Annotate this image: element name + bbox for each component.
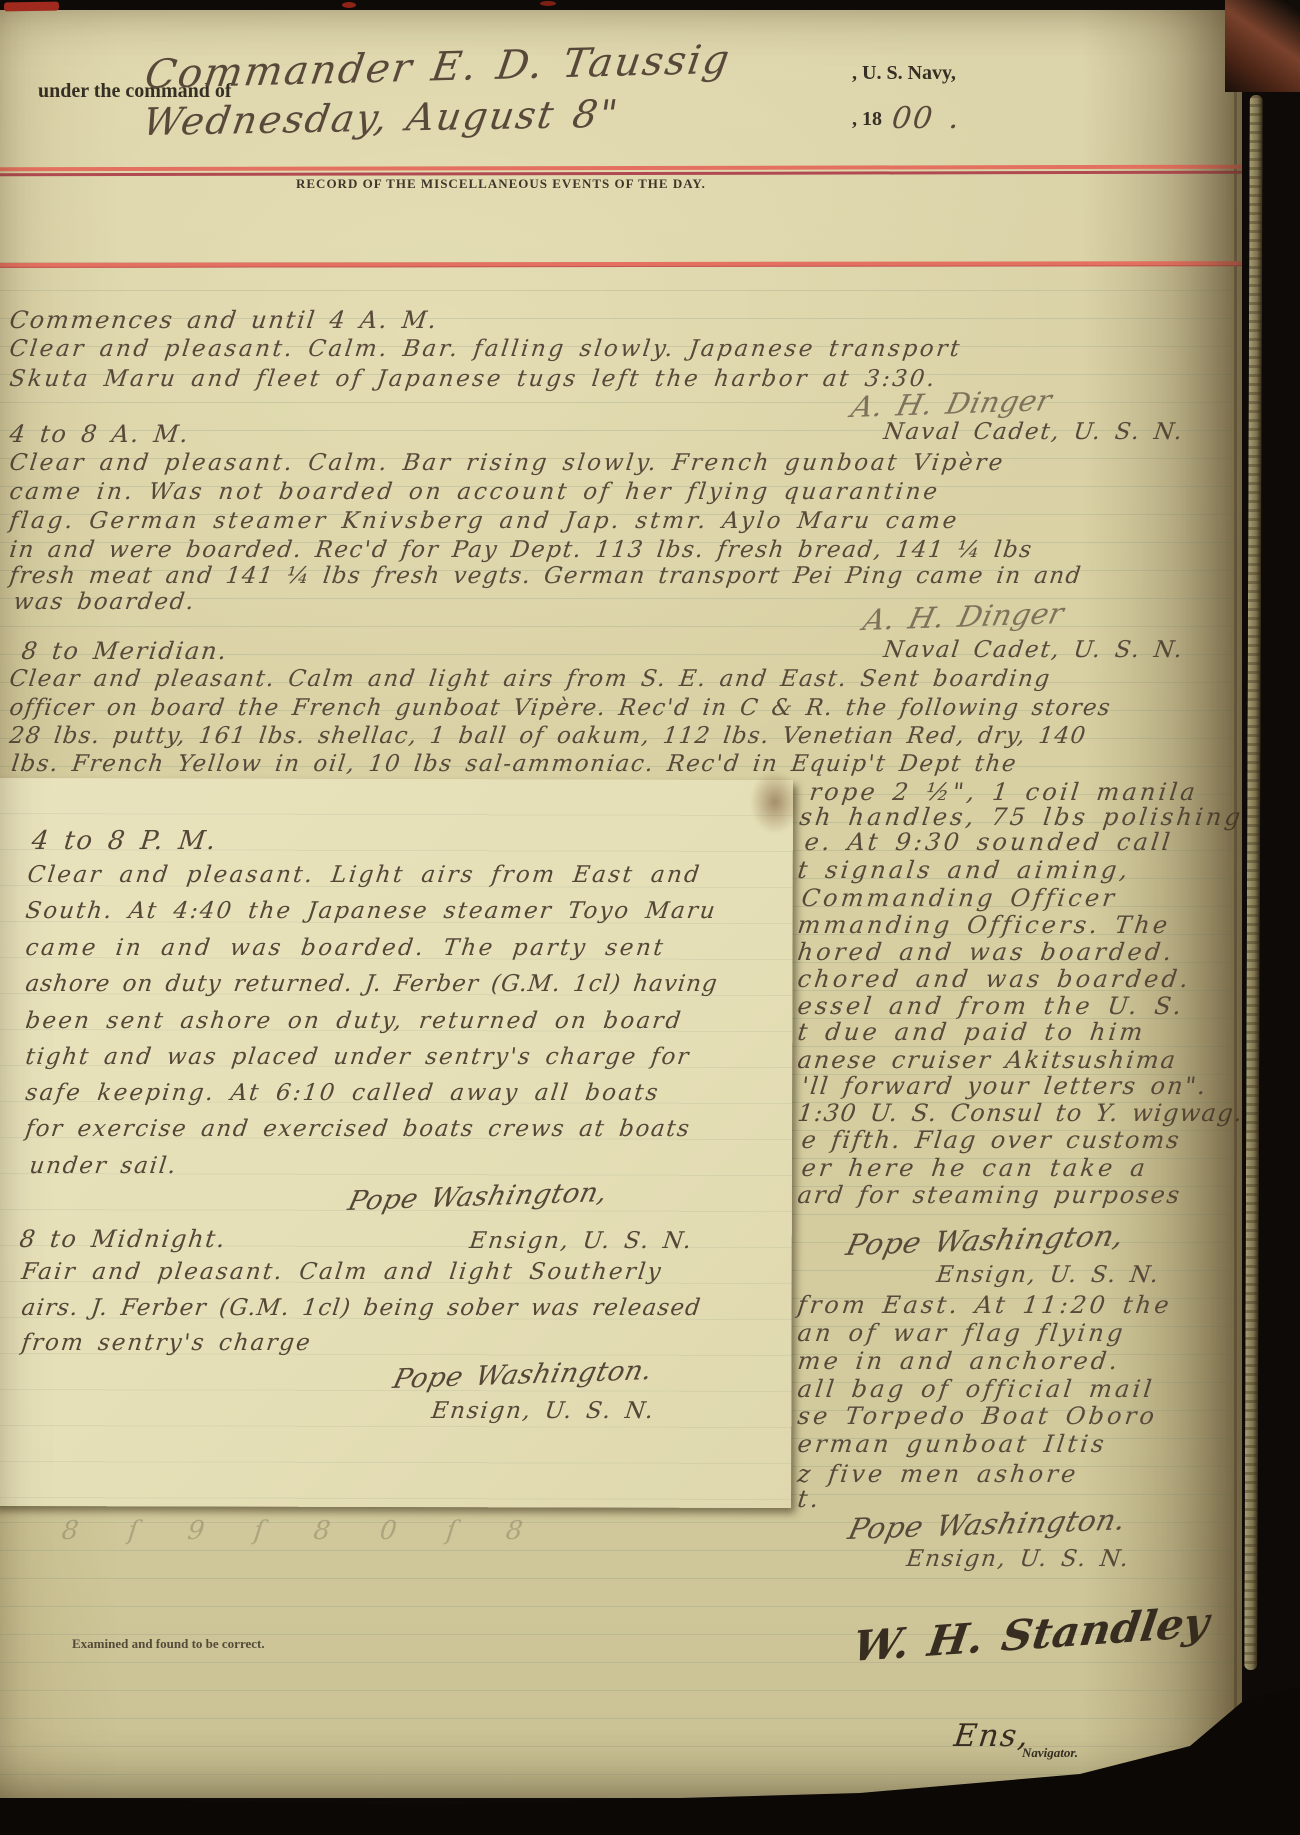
watch-8-mer-signature-title: Ensign, U. S. N.	[935, 1262, 1161, 1288]
covered-line: anese cruiser Akitsushima	[796, 1046, 1179, 1074]
slip-pm-line: for exercise and exercised boats crews a…	[24, 1116, 692, 1142]
covered-line: e fifth. Flag over customs	[800, 1126, 1182, 1154]
watch-night-signature-title: Ensign, U. S. N.	[905, 1546, 1131, 1572]
record-title: RECORD OF THE MISCELLANEOUS EVENTS OF TH…	[296, 176, 706, 192]
printed-navy-suffix: , U. S. Navy,	[852, 62, 956, 85]
red-edge-mark	[342, 2, 356, 8]
watch-4-8-line: flag. German steamer Knivsberg and Jap. …	[8, 508, 961, 534]
watch-8-mer-line: officer on board the French gunboat Vipè…	[8, 695, 1113, 721]
covered-line: ard for steaming purposes	[796, 1181, 1183, 1209]
slip-pm-signature-title: Ensign, U. S. N.	[468, 1228, 694, 1254]
logbook-photo: under the command of Commander E. D. Tau…	[0, 0, 1300, 1835]
bleed-through-marks: 8 ſ 9 ſ 8 0 ſ 8	[60, 1516, 526, 1546]
book-cover-corner	[1225, 0, 1300, 92]
watch-4-8-line: came in. Was not boarded on account of h…	[8, 479, 941, 505]
covered-line: 1:30 U. S. Consul to Y. wigwag.	[796, 1099, 1245, 1127]
slip-pm-line: been sent ashore on duty, returned on bo…	[24, 1008, 684, 1034]
slip-pm-line: Clear and pleasant. Light airs from East…	[26, 862, 703, 888]
covered-line: z five men ashore	[796, 1460, 1080, 1488]
covered-line: chored and was boarded.	[796, 965, 1193, 993]
slip-night-signature-title: Ensign, U. S. N.	[430, 1398, 656, 1424]
watch-0-4-heading: Commences and until 4 A. M.	[8, 306, 440, 334]
covered-line: rope 2 ½", 1 coil manila	[808, 778, 1200, 806]
slip-night-line: Fair and pleasant. Calm and light Southe…	[20, 1259, 664, 1285]
covered-line: 'll forward your letters on".	[800, 1072, 1209, 1100]
covered-line: e. At 9:30 sounded call	[803, 828, 1175, 856]
covered-line: mmanding Officers. The	[796, 911, 1172, 939]
watch-4-8-line: Clear and pleasant. Calm. Bar rising slo…	[8, 450, 1007, 476]
covered-line: an of war flag flying	[796, 1319, 1127, 1347]
covered-line: me in and anchored.	[796, 1347, 1122, 1375]
year-handwritten: 00 .	[890, 101, 963, 136]
watch-0-4-line: Skuta Maru and fleet of Japanese tugs le…	[8, 366, 938, 392]
covered-line: from East. At 11:20 the	[796, 1291, 1174, 1319]
watch-4-8-line: was boarded.	[12, 589, 197, 615]
slip-pm-line: under sail.	[28, 1153, 179, 1179]
covered-line: er here he can take a	[800, 1154, 1150, 1182]
covered-line: erman gunboat Iltis	[796, 1430, 1109, 1458]
red-edge-mark	[540, 1, 556, 6]
covered-line: essel and from the U. S.	[796, 992, 1186, 1020]
navigator-label: Navigator.	[1022, 1745, 1078, 1761]
slip-night-line: airs. J. Ferber (G.M. 1cl) being sober w…	[20, 1295, 703, 1321]
slip-pm-heading: 4 to 8 P. M.	[30, 826, 219, 856]
slip-pm-line: tight and was placed under sentry's char…	[24, 1044, 692, 1070]
printed-year-prefix: , 18	[852, 108, 882, 131]
watch-0-4-signature: A. H. Dinger	[848, 383, 1056, 424]
covered-line: hored and was boarded.	[796, 938, 1176, 966]
page-right-crease	[1234, 10, 1237, 1750]
date-handwritten: Wednesday, August 8"	[140, 92, 622, 144]
covered-line: Commanding Officer	[800, 884, 1119, 912]
navigator-rank: Ens,	[952, 1718, 1032, 1754]
watch-8-mer-line: 28 lbs. putty, 161 lbs. shellac, 1 ball …	[8, 723, 1088, 749]
slip-pm-line: ashore on duty returned. J. Ferber (G.M.…	[24, 971, 719, 997]
ink-smudge	[750, 770, 800, 834]
covered-line: all bag of official mail	[796, 1375, 1156, 1403]
covered-line: t due and paid to him	[796, 1018, 1147, 1046]
book-fore-edge-pages	[1244, 95, 1262, 1670]
slip-pm-line: safe keeping. At 6:10 called away all bo…	[24, 1080, 661, 1106]
watch-4-8-line: fresh meat and 141 ¼ lbs fresh vegts. Ge…	[8, 563, 1083, 589]
examined-note: Examined and found to be correct.	[72, 1636, 265, 1652]
slip-pm-line: South. At 4:40 the Japanese steamer Toyo…	[24, 898, 718, 924]
watch-0-4-line: Clear and pleasant. Calm. Bar. falling s…	[8, 336, 963, 362]
slip-pm-line: came in and was boarded. The party sent	[24, 935, 667, 961]
watch-8-mer-line: Clear and pleasant. Calm and light airs …	[8, 666, 1052, 692]
watch-4-8-heading: 4 to 8 A. M.	[8, 420, 191, 448]
covered-line: t signals and aiming,	[796, 856, 1132, 884]
red-edge-mark	[4, 2, 59, 12]
covered-line: sh handles, 75 lbs polishing	[798, 803, 1245, 831]
watch-4-8-line: in and were boarded. Rec'd for Pay Dept.…	[8, 537, 1034, 563]
watch-4-8-signature-title: Naval Cadet, U. S. N.	[882, 637, 1185, 663]
covered-line: t.	[796, 1485, 823, 1513]
watch-8-mer-line: lbs. French Yellow in oil, 10 lbs sal-am…	[10, 751, 1019, 777]
watch-8-mer-heading: 8 to Meridian.	[20, 637, 230, 665]
covered-line: se Torpedo Boat Oboro	[796, 1402, 1159, 1430]
slip-night-line: from sentry's charge	[20, 1330, 313, 1356]
watch-0-4-signature-title: Naval Cadet, U. S. N.	[882, 419, 1185, 445]
watch-4-8-signature: A. H. Dinger	[860, 596, 1068, 637]
slip-night-heading: 8 to Midnight.	[18, 1225, 228, 1253]
